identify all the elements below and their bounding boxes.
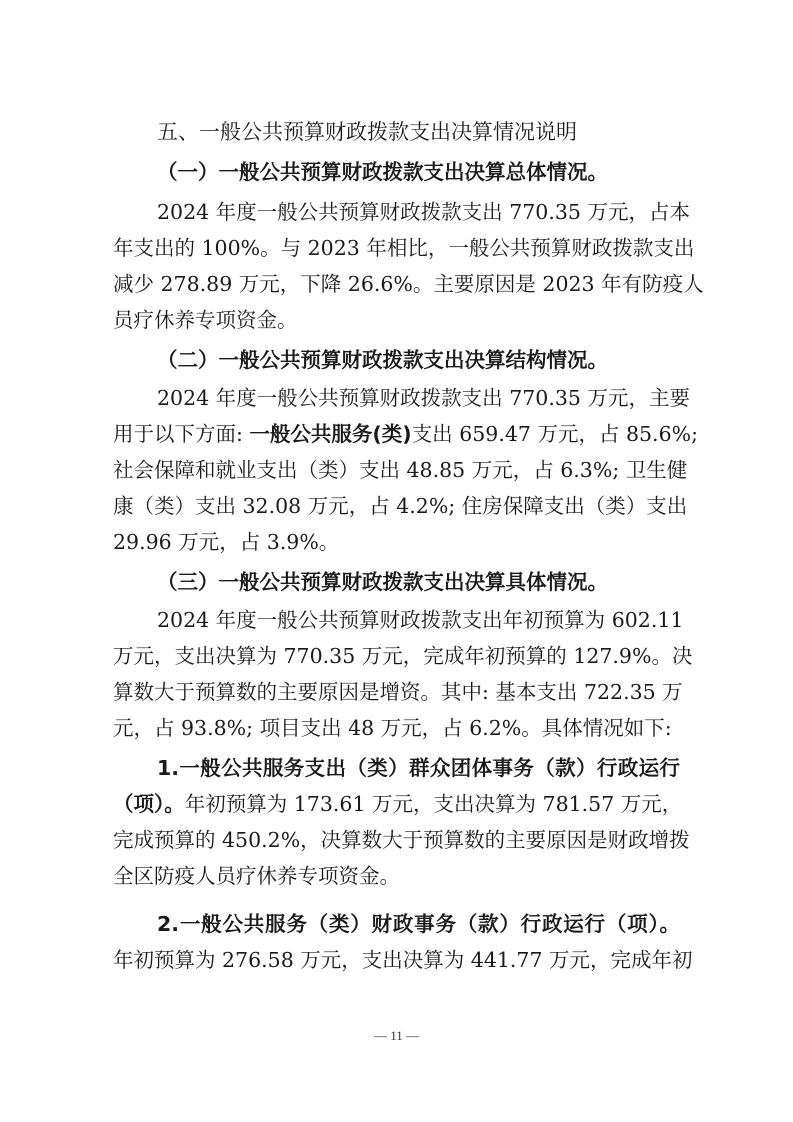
- paragraph-line: 全区防疫人员疗休养专项资金。: [113, 862, 680, 890]
- paragraph-line: 元，占 93.8%; 项目支出 48 万元，占 6.2%。具体情况如下:: [113, 714, 680, 742]
- subsection-title-1: （一）一般公共预算财政拨款支出决算总体情况。: [157, 158, 724, 186]
- paragraph-line: 用于以下方面: 一般公共服务(类)支出 659.47 万元，占 85.6%;: [113, 420, 680, 448]
- text-prefix: 用于以下方面:: [113, 422, 249, 446]
- paragraph-line: 员疗休养专项资金。: [113, 306, 680, 334]
- item-heading-2: 2.一般公共服务（类）财政事务（款）行政运行（项）。: [157, 910, 680, 938]
- item-heading-1-cont: （项）。: [113, 792, 185, 816]
- paragraph-line: 减少 278.89 万元，下降 26.6%。主要原因是 2023 年有防疫人: [113, 270, 680, 298]
- text-suffix: 支出 659.47 万元，占 85.6%;: [412, 422, 698, 446]
- page-number: — 11 —: [0, 1028, 793, 1044]
- bold-category: 一般公共服务(类): [249, 422, 411, 446]
- paragraph-line: 万元，支出决算为 770.35 万元，完成年初预算的 127.9%。决: [113, 642, 680, 670]
- subsection-title-2: （二）一般公共预算财政拨款支出决算结构情况。: [157, 346, 724, 374]
- paragraph-line: 2024 年度一般公共预算财政拨款支出年初预算为 602.11: [157, 606, 680, 634]
- paragraph-line: 康（类）支出 32.08 万元，占 4.2%; 住房保障支出（类）支出: [113, 492, 680, 520]
- section-title: 五、一般公共预算财政拨款支出决算情况说明: [157, 118, 724, 146]
- document-page: 五、一般公共预算财政拨款支出决算情况说明 （一）一般公共预算财政拨款支出决算总体…: [0, 0, 793, 1122]
- paragraph-line: 2024 年度一般公共预算财政拨款支出 770.35 万元，主要: [157, 384, 680, 412]
- paragraph-line: 2024 年度一般公共预算财政拨款支出 770.35 万元，占本: [157, 198, 680, 226]
- paragraph-line: 年支出的 100%。与 2023 年相比，一般公共预算财政拨款支出: [113, 234, 680, 262]
- paragraph-line: 29.96 万元，占 3.9%。: [113, 528, 680, 556]
- paragraph-line: 社会保障和就业支出（类）支出 48.85 万元，占 6.3%; 卫生健: [113, 456, 680, 484]
- paragraph-line: 年初预算为 276.58 万元，支出决算为 441.77 万元，完成年初: [113, 946, 680, 974]
- paragraph-line: （项）。年初预算为 173.61 万元，支出决算为 781.57 万元，: [113, 790, 680, 818]
- text-rest: 年初预算为 173.61 万元，支出决算为 781.57 万元，: [185, 792, 683, 816]
- subsection-title-3: （三）一般公共预算财政拨款支出决算具体情况。: [157, 568, 724, 596]
- paragraph-line: 算数大于预算数的主要原因是增资。其中: 基本支出 722.35 万: [113, 678, 680, 706]
- item-heading-1: 1.一般公共服务支出（类）群众团体事务（款）行政运行: [157, 754, 680, 782]
- paragraph-line: 完成预算的 450.2%，决算数大于预算数的主要原因是财政增拨: [113, 826, 680, 854]
